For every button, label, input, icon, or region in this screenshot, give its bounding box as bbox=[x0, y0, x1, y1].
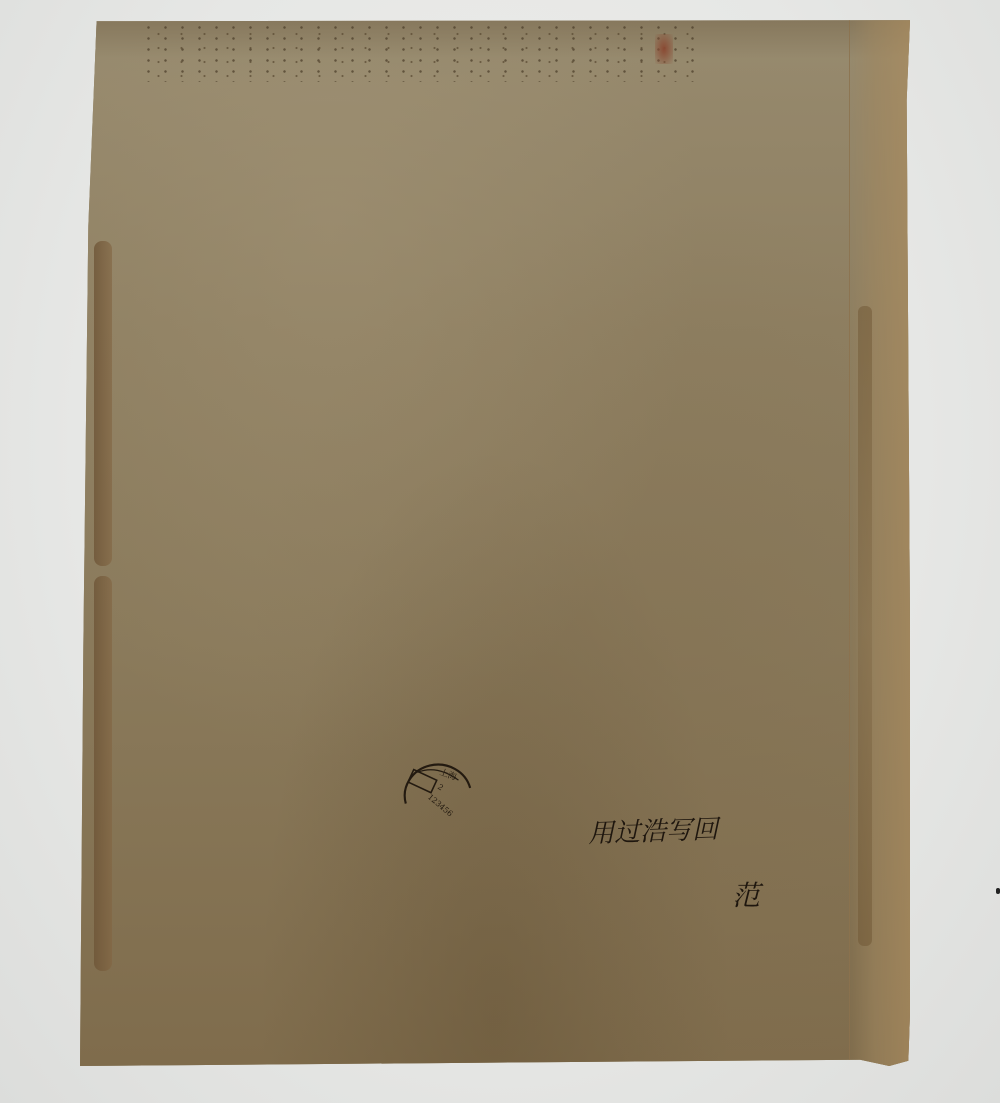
handwritten-signature: 范 bbox=[732, 874, 760, 914]
background-speck bbox=[996, 888, 1000, 894]
rust-stain bbox=[655, 34, 673, 64]
envelope-speckles bbox=[140, 22, 700, 82]
glue-strip-lower bbox=[94, 576, 112, 971]
handwritten-note: 用过浩写回 bbox=[587, 809, 718, 851]
postmark-stamp-icon: 上海 2 123456 bbox=[398, 754, 476, 818]
postmark-middle: 2 bbox=[436, 782, 445, 792]
postmark-date: 123456 bbox=[426, 792, 455, 818]
glue-strip-right bbox=[858, 306, 872, 946]
glue-strip-upper bbox=[94, 241, 112, 566]
envelope: 上海 2 123456 用过浩写回 范 bbox=[80, 16, 910, 1066]
